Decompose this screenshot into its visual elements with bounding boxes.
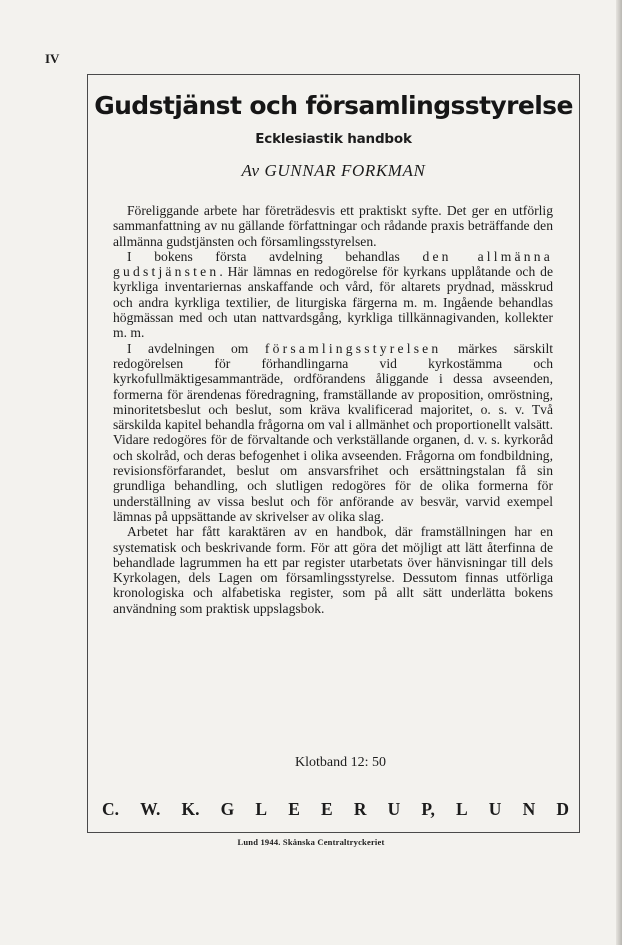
publisher-letter: N xyxy=(523,799,536,820)
publisher-letter: C. xyxy=(102,799,119,820)
paragraph-text: märkes särskilt redogörelsen för förhand… xyxy=(113,341,553,524)
publisher-letter: U xyxy=(388,799,401,820)
publisher-line: C.W.K.GLEERUP,LUND xyxy=(102,799,569,820)
description-text: Föreliggande arbete har företrädesvis et… xyxy=(113,203,553,616)
price-line: Klotband 12: 50 xyxy=(88,755,579,771)
emphasized-text: församlingsstyrelsen xyxy=(265,341,442,356)
publisher-letter: U xyxy=(489,799,502,820)
book-title: Gudstjänst och församlingsstyrelse xyxy=(88,91,579,120)
paragraph-text: Arbetet har fått karaktären av en handbo… xyxy=(113,524,553,615)
publisher-letter: L xyxy=(456,799,468,820)
paragraph-text: I bokens första avdelning behandlas xyxy=(127,249,422,264)
publisher-letter: D xyxy=(556,799,569,820)
book-author: Av GUNNAR FORKMAN xyxy=(88,161,579,181)
description-paragraph: I avdelningen om församlingsstyrelsen mä… xyxy=(113,341,553,525)
page-number: IV xyxy=(45,51,59,67)
printer-imprint: Lund 1944. Skånska Centraltryckeriet xyxy=(0,837,622,847)
description-paragraph: Föreliggande arbete har företrädesvis et… xyxy=(113,203,553,249)
publisher-letter: K. xyxy=(182,799,200,820)
description-paragraph: I bokens första avdelning behandlas den … xyxy=(113,249,553,341)
publisher-letter: P, xyxy=(421,799,434,820)
publisher-letter: W. xyxy=(140,799,160,820)
publisher-letter: E xyxy=(321,799,333,820)
publisher-letter: E xyxy=(288,799,300,820)
publisher-letter: R xyxy=(354,799,367,820)
paragraph-text: Föreliggande arbete har företrädesvis et… xyxy=(113,203,553,249)
paragraph-text: I avdelningen om xyxy=(127,341,265,356)
book-subtitle: Ecklesiastik handbok xyxy=(88,131,579,147)
publisher-letter: G xyxy=(221,799,235,820)
advertisement-box: Gudstjänst och församlingsstyrelse Eckle… xyxy=(87,74,580,833)
page-edge-shadow xyxy=(616,0,622,945)
publisher-letter: L xyxy=(255,799,267,820)
description-paragraph: Arbetet har fått karaktären av en handbo… xyxy=(113,524,553,616)
